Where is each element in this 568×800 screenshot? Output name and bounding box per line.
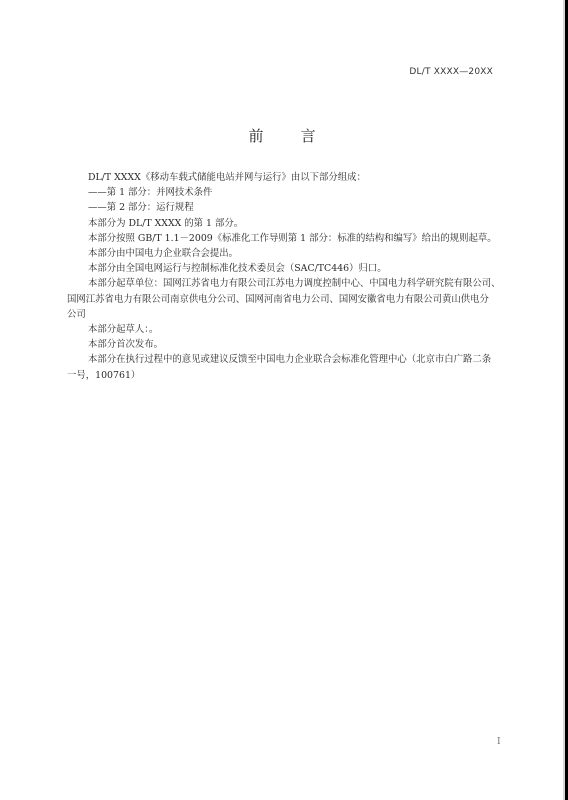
paragraph-drafting-units: 本部分起草单位：国网江苏省电力有限公司江苏电力调度控制中心、中国电力科学研究院有…: [67, 276, 517, 291]
title-char-2: 言: [301, 127, 317, 145]
paragraph-intro: DL/T XXXX《移动车载式储能电站并网与运行》由以下部分组成：: [67, 170, 517, 185]
standard-code-header: DL/T XXXX—20XX: [409, 67, 493, 77]
page-title: 前言: [0, 125, 565, 146]
paragraph-drafting-units-end: 公司: [67, 307, 517, 322]
foreword-body: DL/T XXXX《移动车载式储能电站并网与运行》由以下部分组成： ——第 1 …: [67, 170, 517, 383]
paragraph-drafting-rules: 本部分按照 GB/T 1.1－2009《标准化工作导则第 1 部分：标准的结构和…: [67, 231, 517, 246]
paragraph-drafting-units-cont: 国网江苏省电力有限公司南京供电分公司、国网河南省电力公司、国网安徽省电力有限公司…: [67, 292, 517, 307]
list-item-part-2: ——第 2 部分：运行规程: [67, 200, 517, 215]
page-number: I: [497, 737, 501, 747]
title-char-1: 前: [248, 127, 264, 145]
paragraph-feedback: 本部分在执行过程中的意见或建议反馈至中国电力企业联合会标准化管理中心（北京市白广…: [67, 352, 517, 367]
paragraph-feedback-cont: 一号，100761）: [67, 368, 517, 383]
paragraph-first-release: 本部分首次发布。: [67, 337, 517, 352]
paragraph-proposed-by: 本部分由中国电力企业联合会提出。: [67, 246, 517, 261]
document-page: DL/T XXXX—20XX 前言 DL/T XXXX《移动车载式储能电站并网与…: [0, 0, 565, 800]
paragraph-administered-by: 本部分由全国电网运行与控制标准化技术委员会（SAC/TC446）归口。: [67, 261, 517, 276]
paragraph-part-statement: 本部分为 DL/T XXXX 的第 1 部分。: [67, 216, 517, 231]
paragraph-drafters: 本部分起草人：。: [67, 322, 517, 337]
list-item-part-1: ——第 1 部分：并网技术条件: [67, 185, 517, 200]
